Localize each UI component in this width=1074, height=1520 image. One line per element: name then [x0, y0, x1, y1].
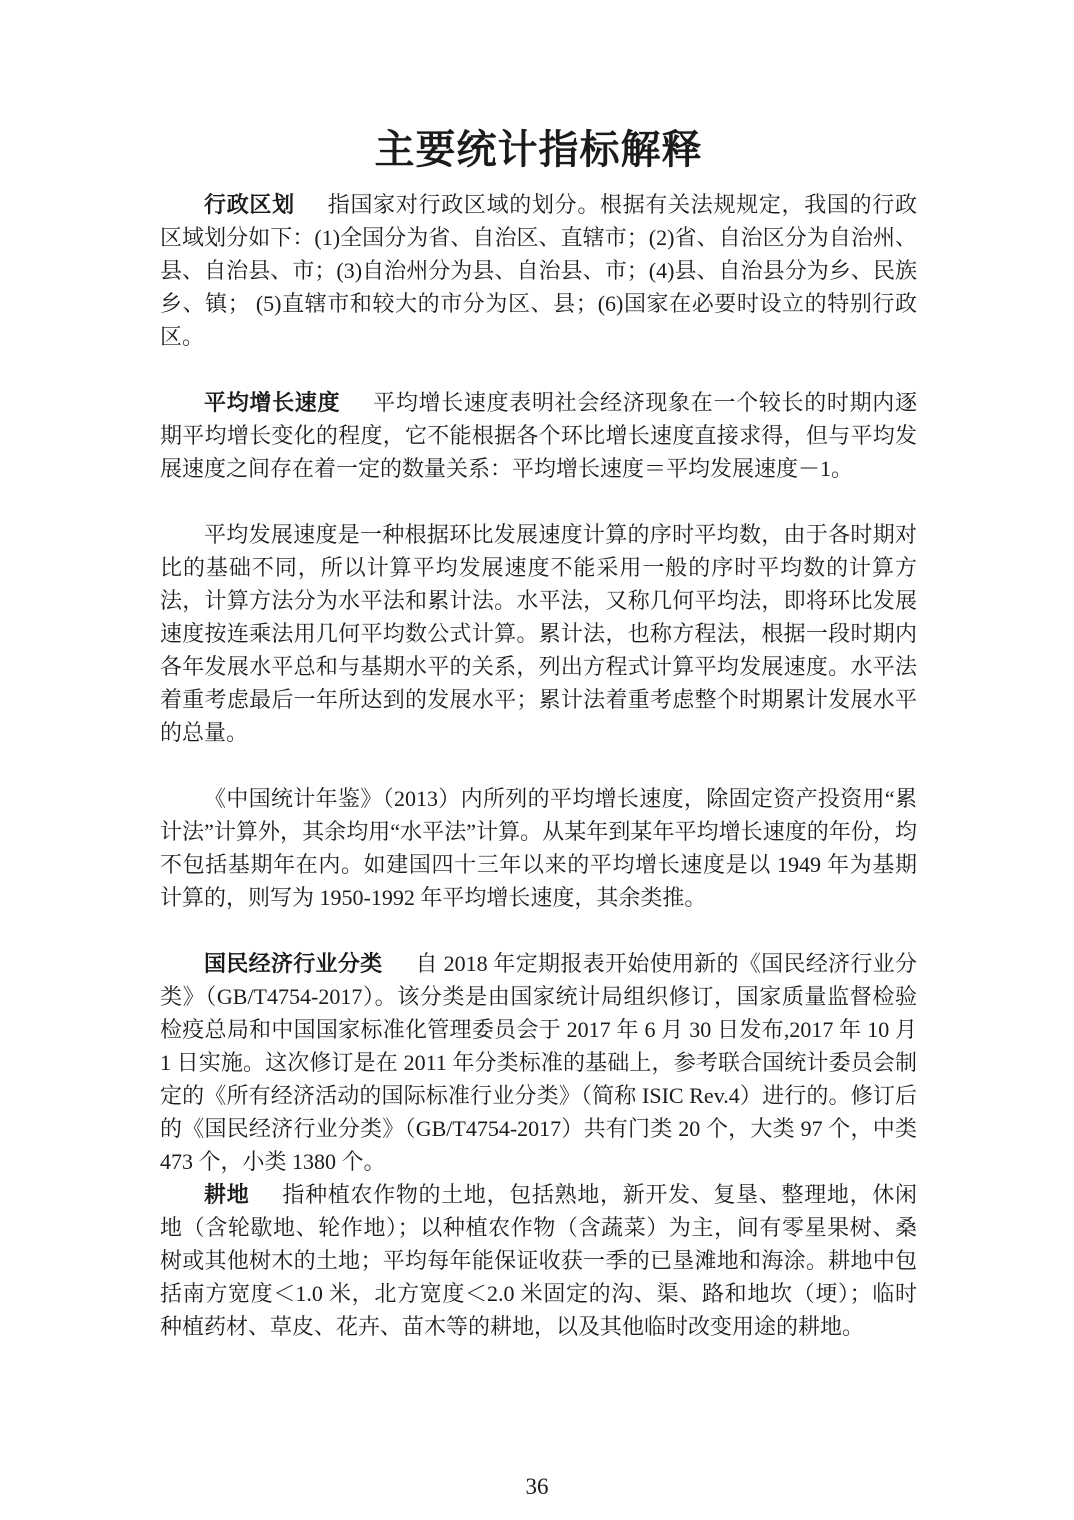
paragraph-text: 指种植农作物的土地，包括熟地，新开发、复垦、整理地，休闲地（含轮歇地、轮作地）；… — [160, 1182, 917, 1339]
document-body: 行政区划指国家对行政区域的划分。根据有关法规规定，我国的行政区域划分如下：(1)… — [160, 188, 917, 1343]
paragraph: 耕地指种植农作物的土地，包括熟地，新开发、复垦、整理地，休闲地（含轮歇地、轮作地… — [160, 1178, 917, 1343]
page-title: 主要统计指标解释 — [160, 126, 917, 174]
paragraph: 平均增长速度平均增长速度表明社会经济现象在一个较长的时期内逐期平均增长变化的程度… — [160, 386, 917, 485]
document-page: 主要统计指标解释 行政区划指国家对行政区域的划分。根据有关法规规定，我国的行政区… — [0, 0, 1074, 1520]
page-number: 36 — [0, 1474, 1074, 1500]
paragraph: 《中国统计年鉴》（2013）内所列的平均增长速度，除固定资产投资用“累计法”计算… — [160, 782, 917, 914]
paragraph: 平均发展速度是一种根据环比发展速度计算的序时平均数，由于各时期对比的基础不同，所… — [160, 518, 917, 749]
paragraph-text: 《中国统计年鉴》（2013）内所列的平均增长速度，除固定资产投资用“累计法”计算… — [160, 786, 917, 910]
paragraph-term: 国民经济行业分类 — [204, 951, 382, 976]
paragraph: 国民经济行业分类自 2018 年定期报表开始使用新的《国民经济行业分类》（GB/… — [160, 947, 917, 1178]
paragraph-text: 平均发展速度是一种根据环比发展速度计算的序时平均数，由于各时期对比的基础不同，所… — [160, 522, 917, 745]
paragraph-term: 行政区划 — [204, 192, 295, 217]
paragraph-text: 自 2018 年定期报表开始使用新的《国民经济行业分类》（GB/T4754-20… — [160, 951, 917, 1174]
paragraph-term: 平均增长速度 — [204, 390, 340, 415]
paragraph-term: 耕地 — [204, 1182, 249, 1207]
paragraph: 行政区划指国家对行政区域的划分。根据有关法规规定，我国的行政区域划分如下：(1)… — [160, 188, 917, 353]
